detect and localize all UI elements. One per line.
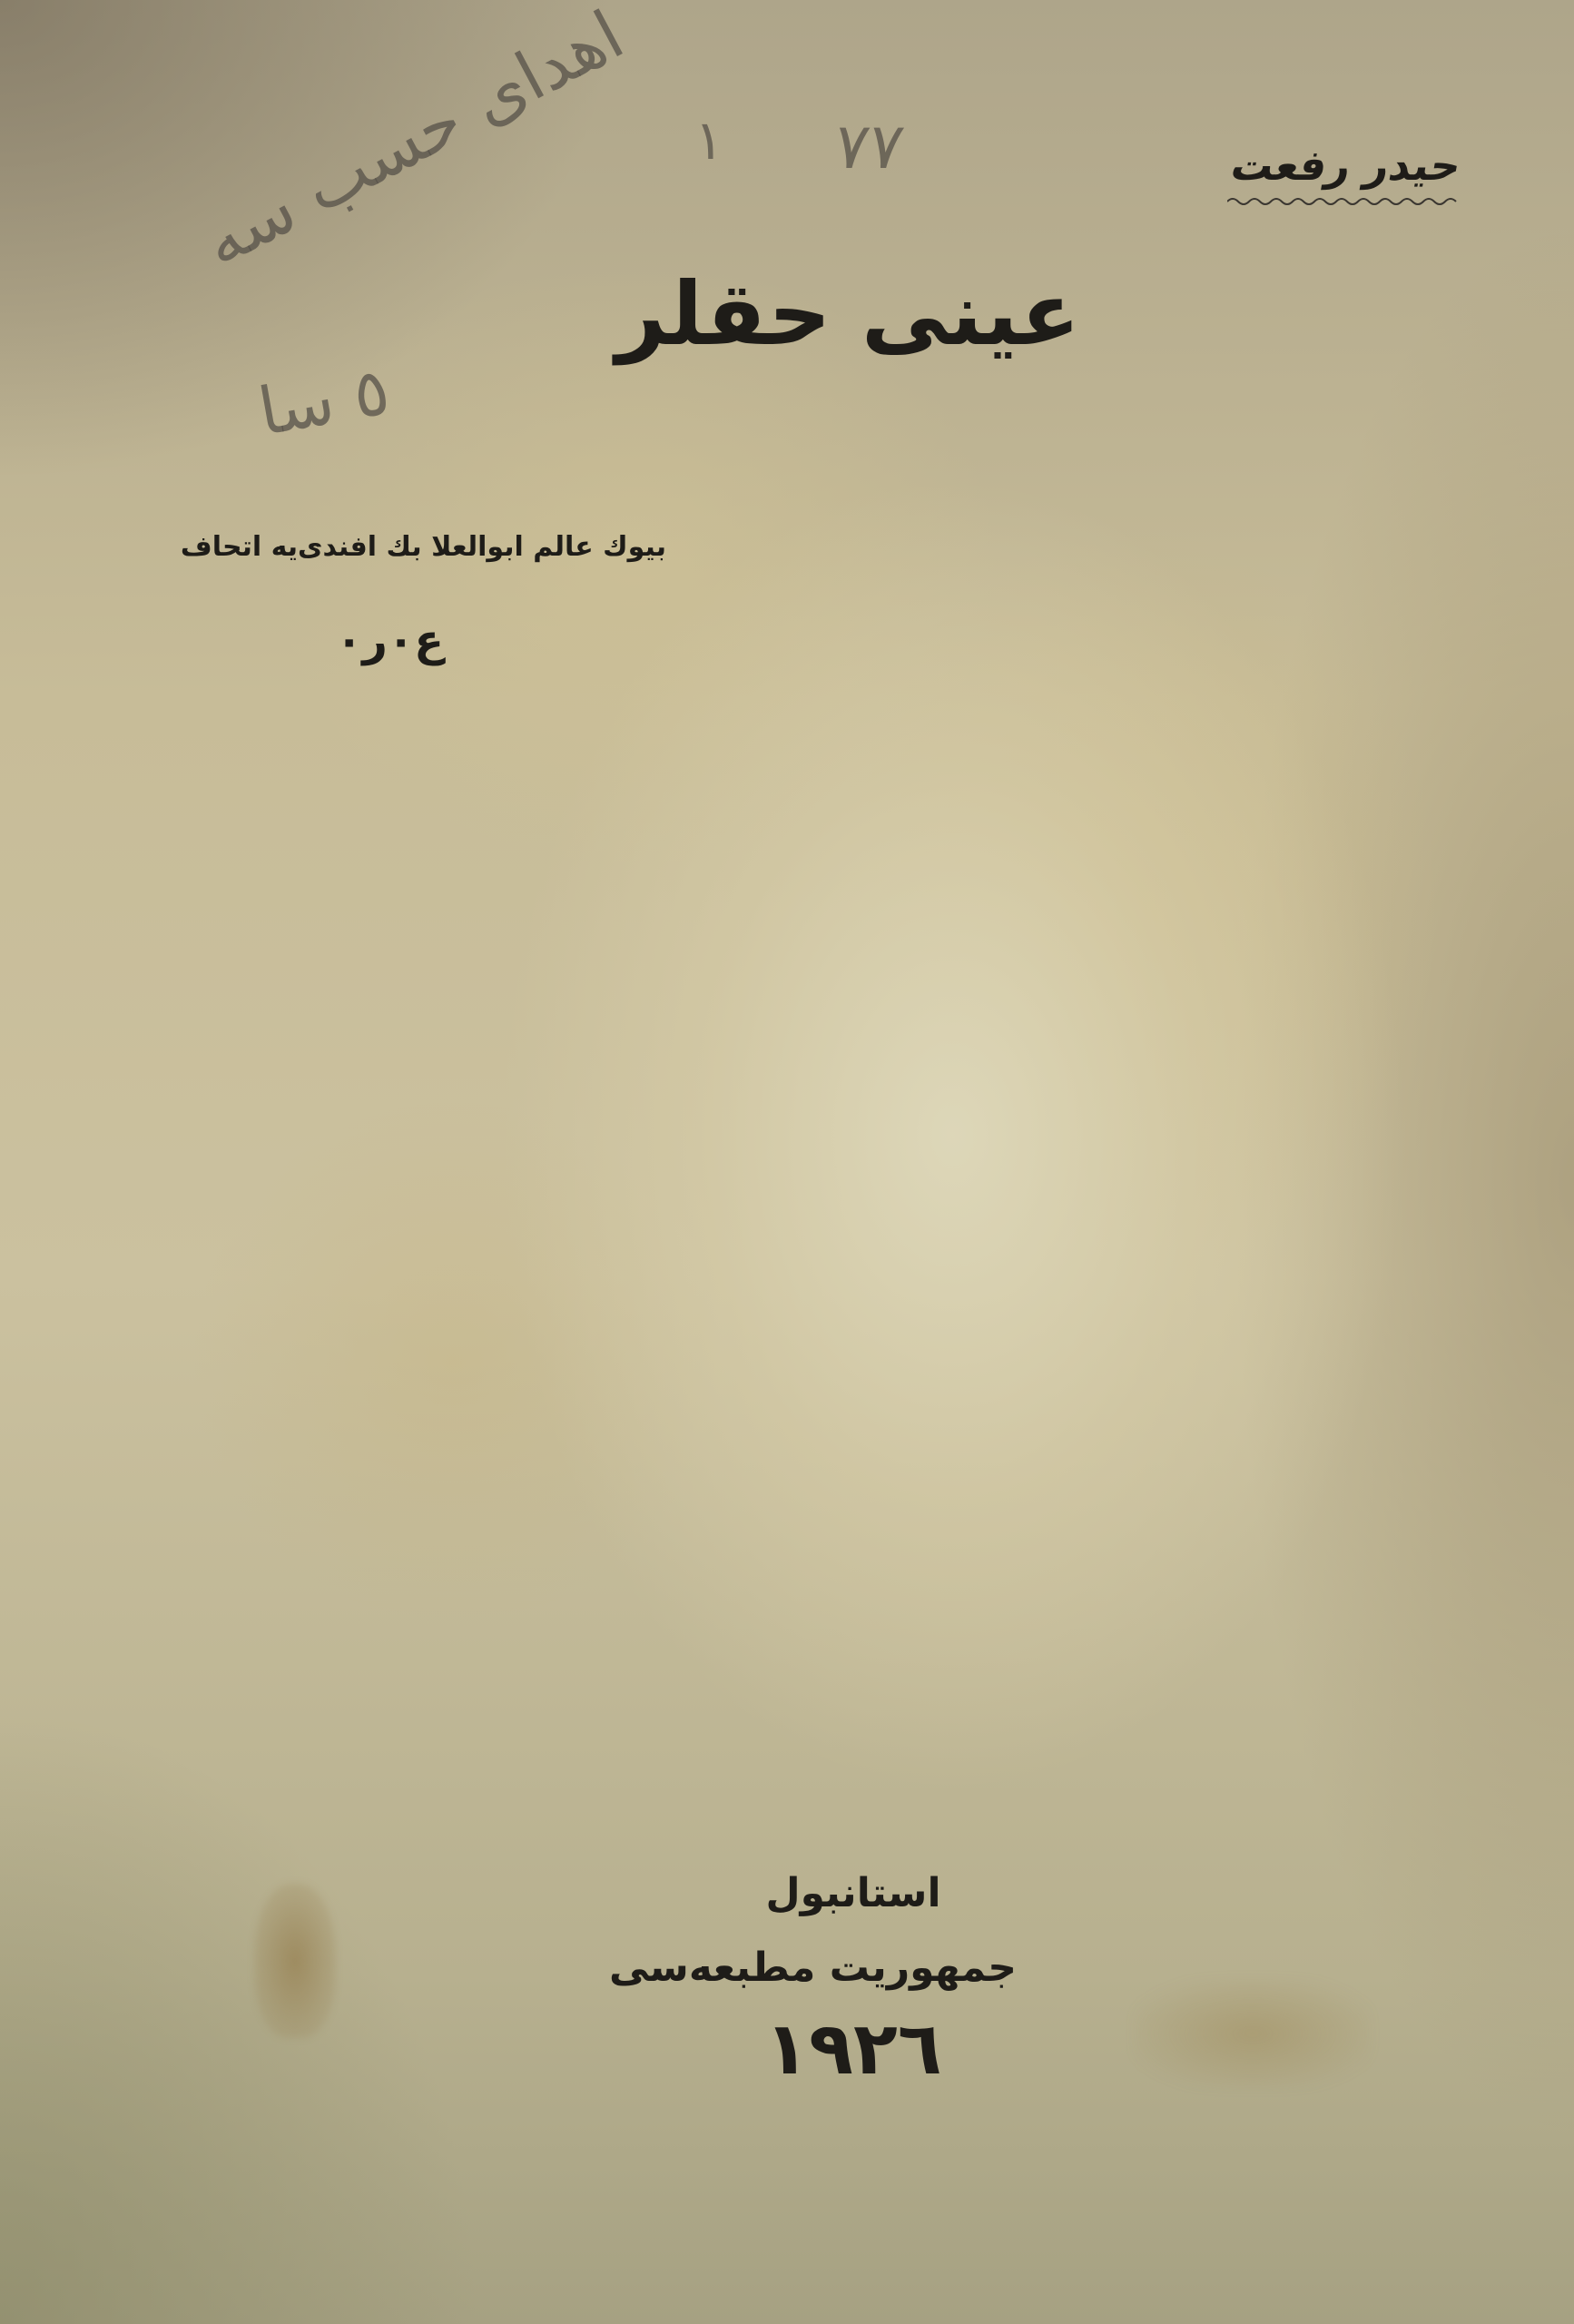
book-title: عینی حقلر [663,263,1080,365]
foxing-stain [1135,1979,1371,2088]
imprint-year: ١٩٢٦ [708,2006,999,2091]
ornament-mark: ع٠ر٠ [336,615,444,666]
dedication: بیوك عالم ابوالعلا بك افندی‌یه اتحاف [181,531,666,563]
handwritten-digit: ١ [694,109,723,172]
title-page: ٧٧ ١ اهدای حسب سه ٥ سا حیدر رفعت عینی حق… [0,0,1574,2324]
handwritten-note-2: ٥ سا [253,352,395,450]
imprint-press: جمهوریت مطبعه‌سی [690,1945,1017,1991]
handwritten-number: ٧٧ [830,109,909,183]
foxing-stain [254,1884,336,2038]
author-name: حیدر رفعت [1227,141,1465,190]
imprint-city: استانبول [708,1870,999,1916]
wavy-underline [1227,194,1461,207]
handwritten-note: اهدای حسب سه [191,0,636,282]
